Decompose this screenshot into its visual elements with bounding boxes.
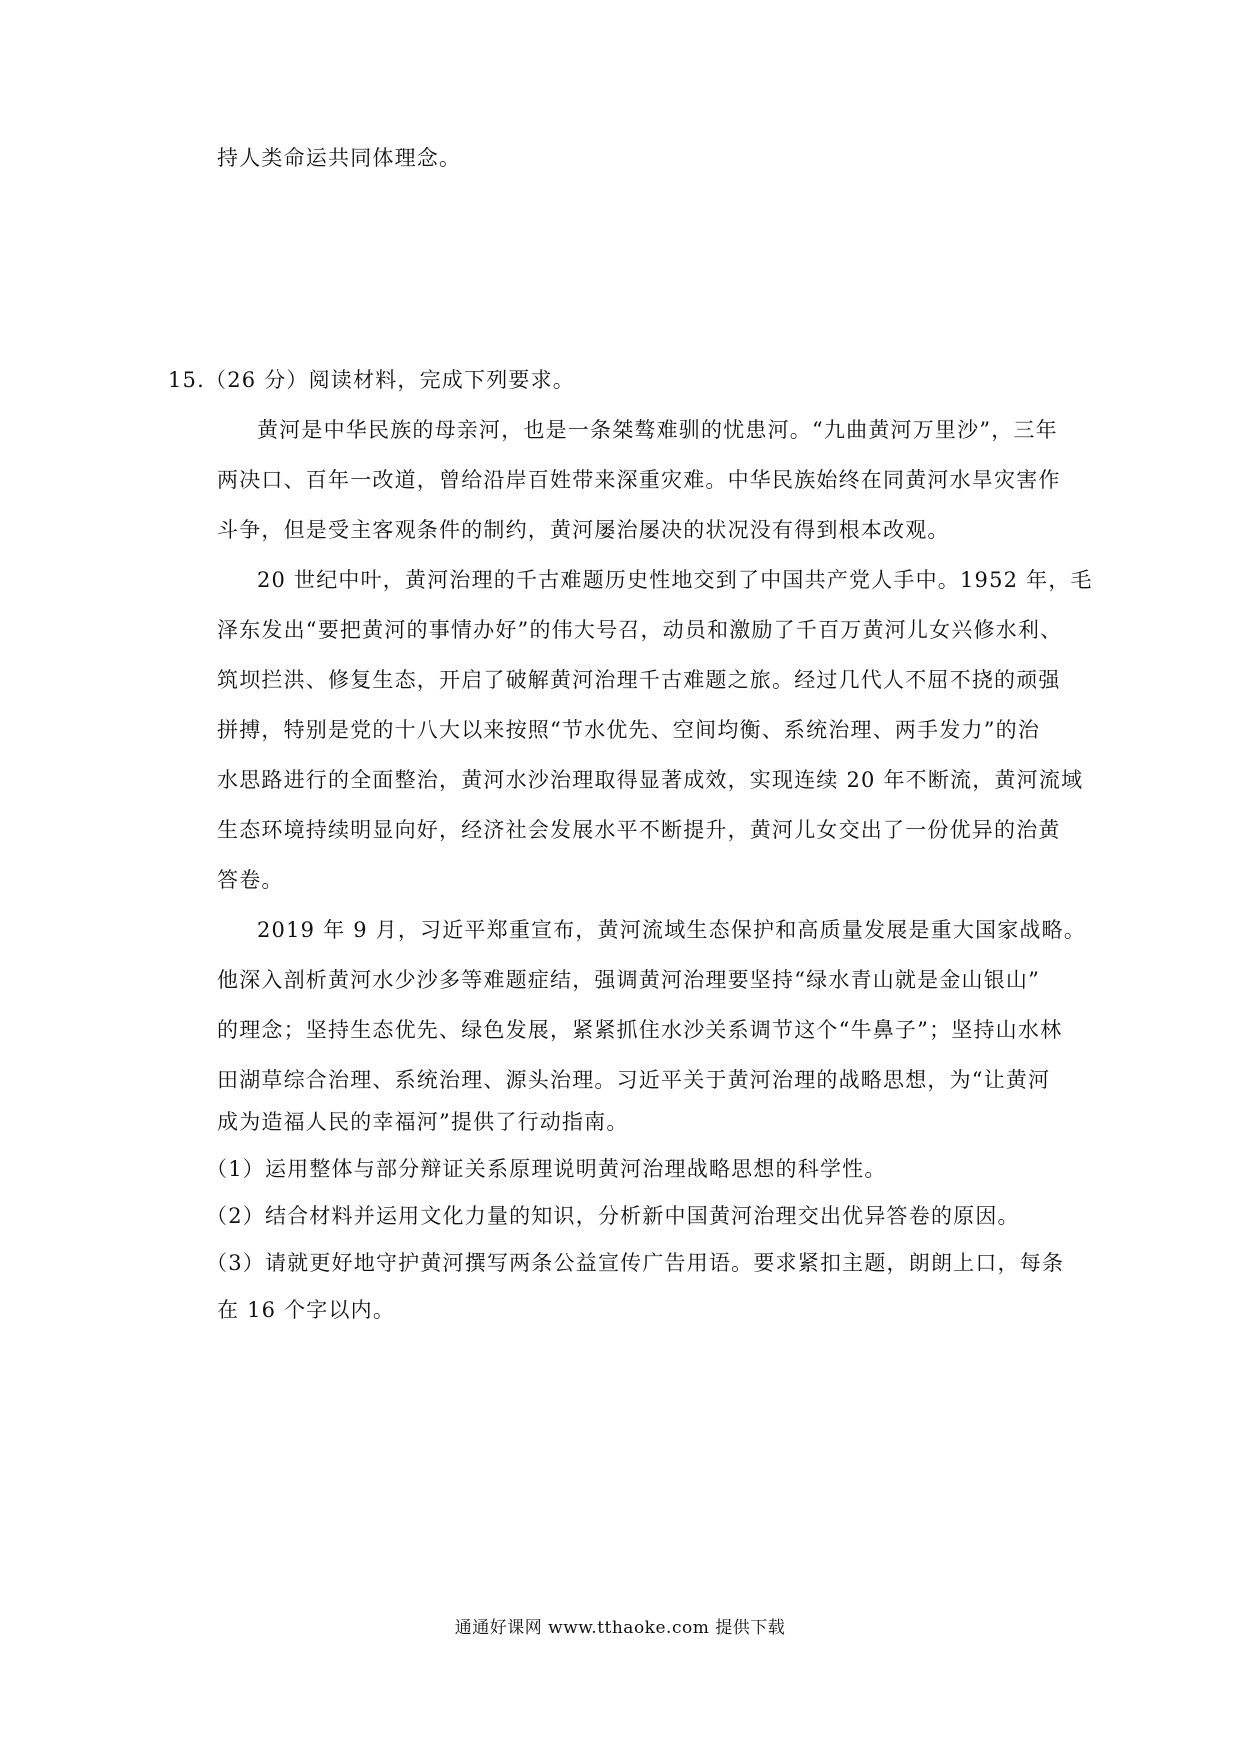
- sub-question-3-line-1: （3）请就更好地守护黄河撰写两条公益宣传广告用语。要求紧扣主题，朗朗上口，每条: [206, 1251, 1064, 1275]
- material-paragraph-1-line-2: 两决口、百年一改道，曾给沿岸百姓带来深重灾难。中华民族始终在同黄河水旱灾害作: [217, 468, 1061, 492]
- exam-page: 持人类命运共同体理念。 15.（26 分）阅读材料，完成下列要求。 黄河是中华民…: [0, 0, 1240, 1754]
- material-paragraph-1-line-1: 黄河是中华民族的母亲河，也是一条桀骜难驯的忧患河。“九曲黄河万里沙”，三年: [257, 418, 1058, 442]
- material-paragraph-3-line-3: 的理念；坚持生态优先、绿色发展，紧紧抓住水沙关系调节这个“牛鼻子”；坚持山水林: [217, 1018, 1062, 1042]
- material-paragraph-2-line-1: 20 世纪中叶，黄河治理的千古难题历史性地交到了中国共产党人手中。1952 年，…: [257, 568, 1093, 592]
- sub-question-1: （1）运用整体与部分辩证关系原理说明黄河治理战略思想的科学性。: [206, 1157, 887, 1181]
- material-paragraph-2-line-6: 生态环境持续明显向好，经济社会发展水平不断提升，黄河儿女交出了一份优异的治黄: [217, 818, 1061, 842]
- material-paragraph-2-line-7: 答卷。: [217, 868, 284, 892]
- material-paragraph-3-line-1: 2019 年 9 月，习近平郑重宣布，黄河流域生态保护和高质量发展是重大国家战略…: [257, 918, 1086, 942]
- material-paragraph-2-line-3: 筑坝拦洪、修复生态，开启了破解黄河治理千古难题之旅。经过几代人不屈不挠的顽强: [217, 668, 1061, 692]
- question-number: 15.: [168, 368, 205, 392]
- sub-question-3-line-2: 在 16 个字以内。: [217, 1298, 395, 1322]
- material-paragraph-1-line-3: 斗争，但是受主客观条件的制约，黄河屡治屡决的状况没有得到根本改观。: [217, 518, 950, 542]
- previous-answer-continuation: 持人类命运共同体理念。: [217, 146, 461, 170]
- material-paragraph-3-line-5: 成为造福人民的幸福河”提供了行动指南。: [217, 1110, 629, 1134]
- page-footer: 通通好课网 www.tthaoke.com 提供下载: [0, 1618, 1240, 1638]
- material-paragraph-2-line-2: 泽东发出“要把黄河的事情办好”的伟大号召，动员和激励了千百万黄河儿女兴修水利、: [217, 618, 1062, 642]
- material-paragraph-3-line-2: 他深入剖析黄河水少沙多等难题症结，强调黄河治理要坚持“绿水青山就是金山银山”: [217, 968, 1040, 992]
- question-header: 15.（26 分）阅读材料，完成下列要求。: [168, 368, 575, 392]
- material-paragraph-2-line-5: 水思路进行的全面整治，黄河水沙治理取得显著成效，实现连续 20 年不断流，黄河流…: [217, 768, 1083, 792]
- material-paragraph-2-line-4: 拼搏，特别是党的十八大以来按照“节水优先、空间均衡、系统治理、两手发力”的治: [217, 718, 1040, 742]
- question-instructions: （26 分）阅读材料，完成下列要求。: [205, 368, 575, 392]
- sub-question-2: （2）结合材料并运用文化力量的知识，分析新中国黄河治理交出优异答卷的原因。: [206, 1204, 1020, 1228]
- material-paragraph-3-line-4: 田湖草综合治理、系统治理、源头治理。习近平关于黄河治理的战略思想，为“让黄河: [217, 1068, 1050, 1092]
